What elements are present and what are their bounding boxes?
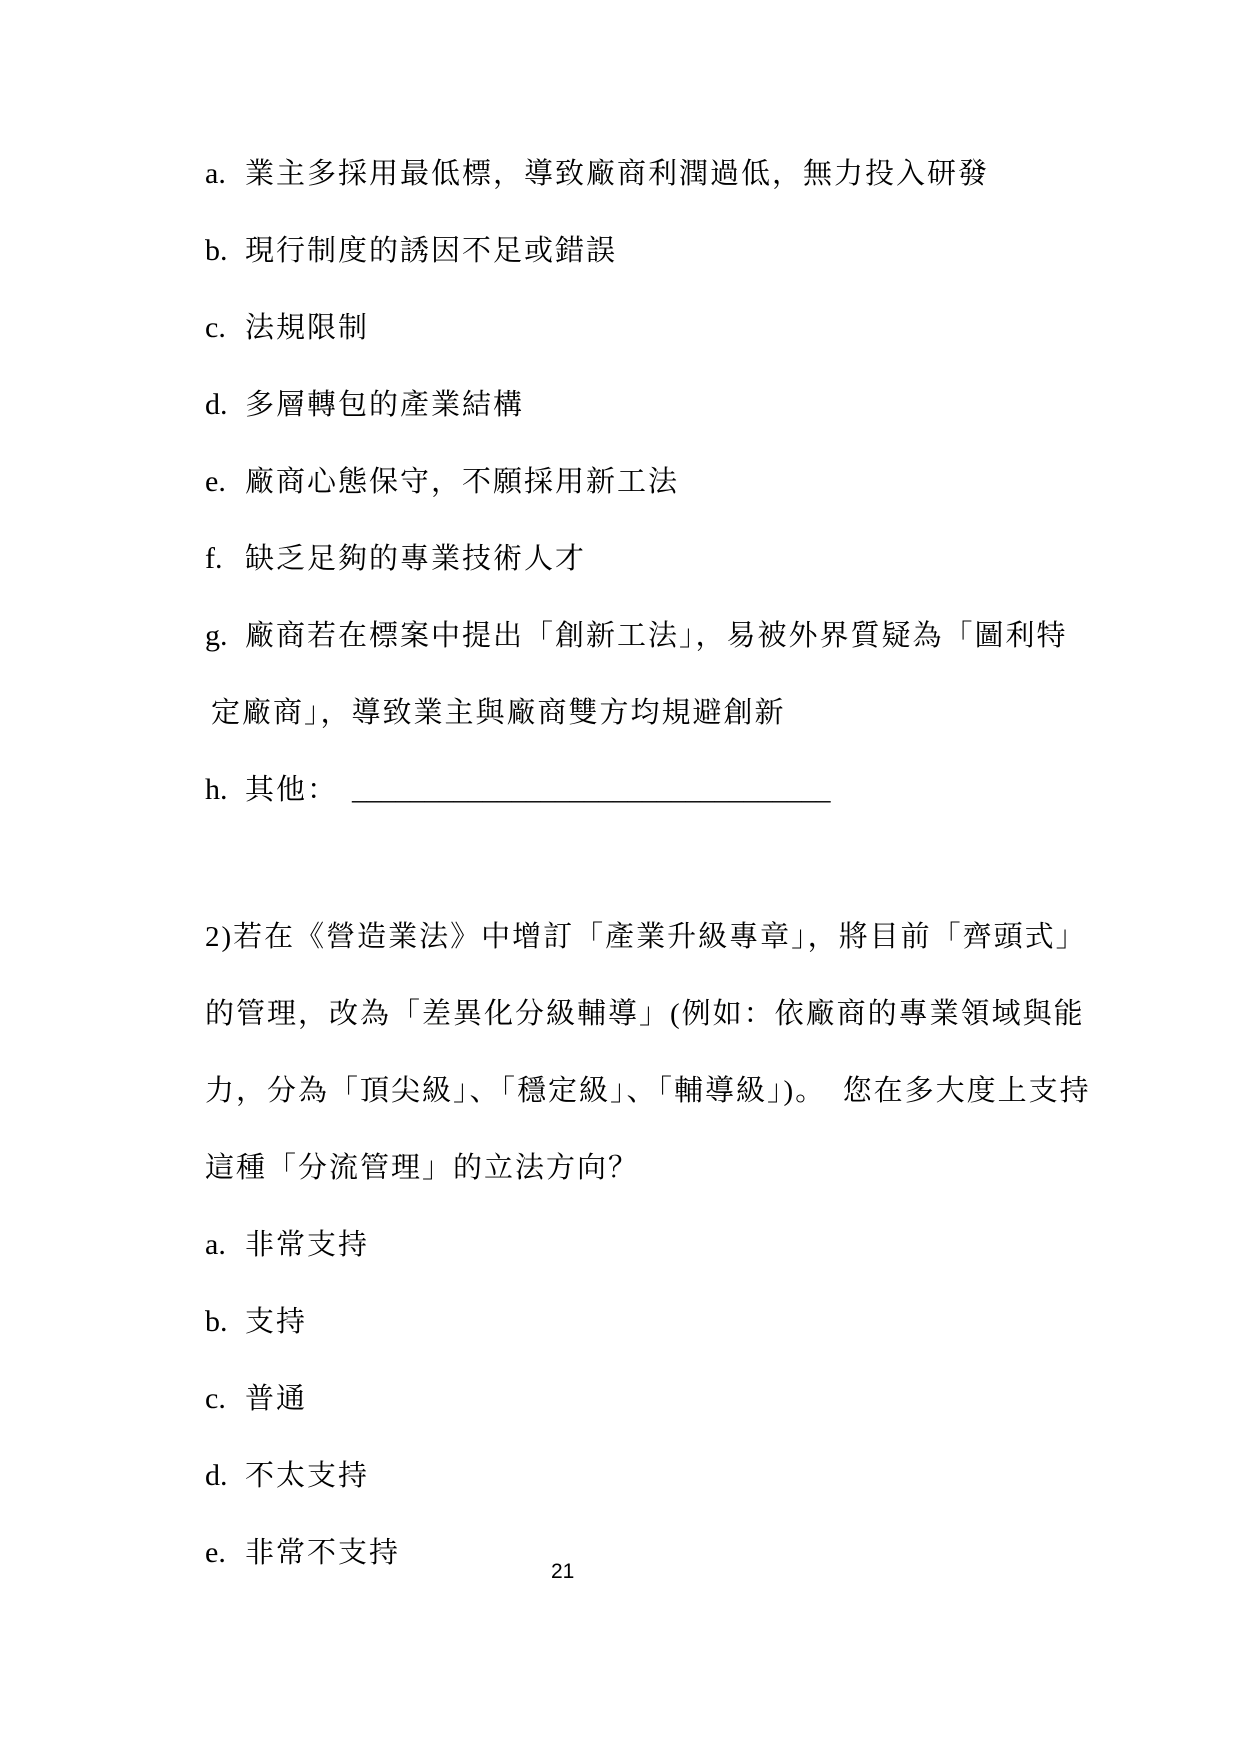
option-text: 不太支持 [245, 1457, 369, 1495]
option-label: 其他： [245, 771, 338, 809]
option-text: 非常不支持 [245, 1534, 400, 1572]
q1-option-c: c. 法規限制 [205, 309, 1085, 386]
q2-paragraph-line-4: 這種「分流管理」的立法方向？ [205, 1149, 1085, 1226]
q1-option-h: h. 其他： _________________________________ [205, 771, 1085, 848]
q1-option-e: e. 廠商心態保守，不願採用新工法 [205, 463, 1085, 540]
option-letter: f. [205, 540, 245, 578]
q1-option-a: a. 業主多採用最低標，導致廠商利潤過低，無力投入研發 [205, 155, 1085, 232]
option-letter: b. [205, 1303, 245, 1341]
option-letter: a. [205, 155, 245, 193]
q1-option-f: f. 缺乏足夠的專業技術人才 [205, 540, 1085, 617]
option-text: 廠商若在標案中提出「創新工法」，易被外界質疑為「圖利特 [245, 617, 1068, 655]
q2-option-c: c. 普通 [205, 1380, 1085, 1457]
q1-option-d: d. 多層轉包的產業結構 [205, 386, 1085, 463]
q2-option-d: d. 不太支持 [205, 1457, 1085, 1534]
option-letter: e. [205, 1534, 245, 1572]
option-text: 多層轉包的產業結構 [245, 386, 524, 424]
option-letter: e. [205, 463, 245, 501]
question-line: 的管理，改為「差異化分級輔導」(例如：依廠商的專業領域與能 [205, 995, 1085, 1033]
option-text: 普通 [245, 1380, 307, 1418]
q2-paragraph-line-2: 的管理，改為「差異化分級輔導」(例如：依廠商的專業領域與能 [205, 995, 1085, 1072]
page-content: a. 業主多採用最低標，導致廠商利潤過低，無力投入研發 b. 現行制度的誘因不足… [205, 155, 1085, 1611]
q1-option-g-continuation: 定廠商」，導致業主與廠商雙方均規避創新 [205, 694, 1085, 771]
q2-option-a: a. 非常支持 [205, 1226, 1085, 1303]
option-text: 現行制度的誘因不足或錯誤 [245, 232, 617, 270]
option-text: 業主多採用最低標，導致廠商利潤過低，無力投入研發 [245, 155, 989, 193]
option-letter: d. [205, 386, 245, 424]
q1-option-b: b. 現行制度的誘因不足或錯誤 [205, 232, 1085, 309]
option-text-continuation: 定廠商」，導致業主與廠商雙方均規避創新 [211, 694, 786, 732]
q1-option-g: g. 廠商若在標案中提出「創新工法」，易被外界質疑為「圖利特 [205, 617, 1085, 694]
q2-option-e: e. 非常不支持 [205, 1534, 1085, 1611]
blank-line-gap [205, 848, 1085, 918]
q2-paragraph-line-3: 力，分為「頂尖級」、「穩定級」、「輔導級」)。 您在多大度上支持 [205, 1072, 1085, 1149]
option-text: 支持 [245, 1303, 307, 1341]
option-text: 非常支持 [245, 1226, 369, 1264]
option-letter: c. [205, 309, 245, 347]
document-page: a. 業主多採用最低標，導致廠商利潤過低，無力投入研發 b. 現行制度的誘因不足… [0, 0, 1241, 1755]
option-letter: b. [205, 232, 245, 270]
option-letter: d. [205, 1457, 245, 1495]
q2-paragraph-line-1: 2)若在《營造業法》中增訂「產業升級專章」，將目前「齊頭式」 [205, 918, 1085, 995]
question-line: 這種「分流管理」的立法方向？ [205, 1149, 639, 1187]
fill-in-blank-line: _________________________________ [352, 771, 831, 809]
option-text: 法規限制 [245, 309, 369, 347]
option-text: 廠商心態保守，不願採用新工法 [245, 463, 679, 501]
option-letter: g. [205, 617, 245, 655]
question-line: 2)若在《營造業法》中增訂「產業升級專章」，將目前「齊頭式」 [205, 918, 1087, 956]
q2-option-b: b. 支持 [205, 1303, 1085, 1380]
option-letter: a. [205, 1226, 245, 1264]
option-letter: c. [205, 1380, 245, 1418]
option-text: 缺乏足夠的專業技術人才 [245, 540, 586, 578]
option-letter: h. [205, 771, 245, 809]
question-line: 力，分為「頂尖級」、「穩定級」、「輔導級」)。 您在多大度上支持 [205, 1072, 1091, 1110]
page-number: 21 [551, 1560, 574, 1584]
